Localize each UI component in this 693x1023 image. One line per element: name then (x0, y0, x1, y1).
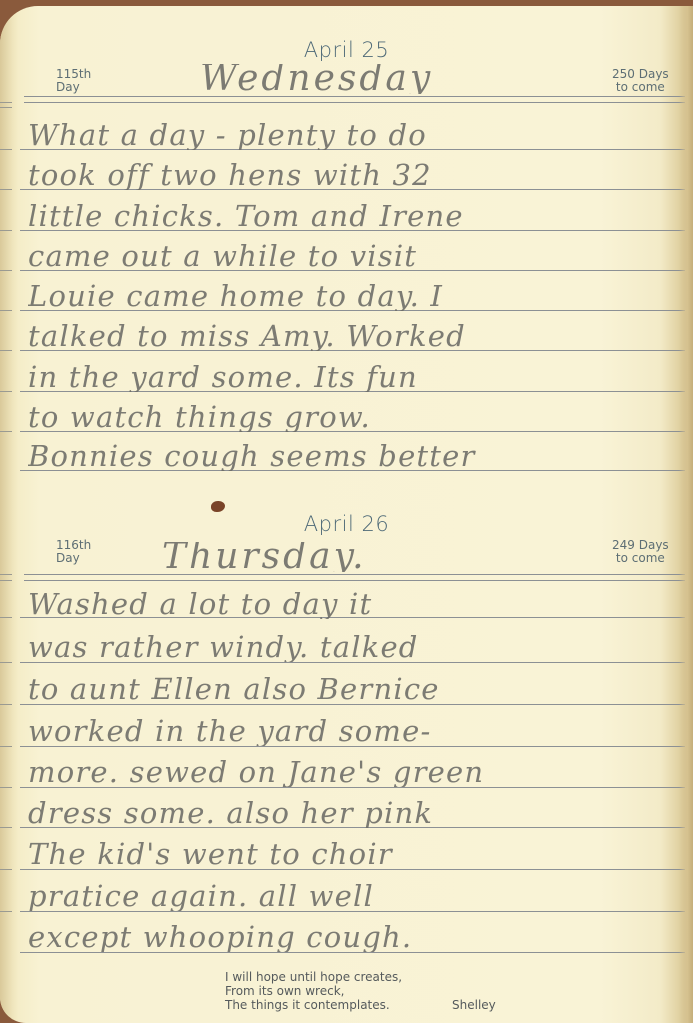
quote-line: I will hope until hope creates, (225, 970, 402, 984)
header-rule (24, 580, 685, 581)
margin-tick (0, 102, 12, 103)
margin-tick (0, 149, 12, 150)
ruled-line (20, 662, 685, 663)
handwritten-line: except whooping cough. (28, 922, 683, 952)
handwritten-line: pratice again. all well (28, 881, 683, 911)
handwritten-line: worked in the yard some- (28, 716, 683, 746)
header-rule (24, 96, 685, 97)
ruled-line (20, 704, 685, 705)
handwritten-line: Bonnies cough seems better (28, 441, 683, 471)
margin-tick (0, 827, 12, 828)
margin-tick (0, 230, 12, 231)
margin-tick (0, 431, 12, 432)
ruled-line (20, 952, 685, 953)
margin-tick (0, 270, 12, 271)
handwritten-line: was rather windy. talked (28, 632, 683, 662)
margin-tick (0, 574, 12, 575)
handwritten-line: came out a while to visit (28, 241, 683, 271)
margin-tick (0, 617, 12, 618)
day-of-year: 116th Day (56, 539, 91, 565)
margin-tick (0, 310, 12, 311)
margin-tick (0, 662, 12, 663)
handwritten-line: talked to miss Amy. Worked (28, 321, 683, 351)
margin-tick (0, 107, 12, 108)
handwritten-line: little chicks. Tom and Irene (28, 201, 683, 231)
header-rule (24, 102, 685, 103)
ink-stain (211, 501, 225, 512)
margin-tick (0, 391, 12, 392)
handwritten-weekday: Wednesday (200, 64, 683, 94)
day-label: Day (56, 552, 91, 565)
margin-tick (0, 580, 12, 581)
day-label: Day (56, 81, 91, 94)
handwritten-line: What a day - plenty to do (28, 120, 683, 150)
margin-tick (0, 350, 12, 351)
quote-line: The things it contemplates. (225, 998, 402, 1012)
handwritten-line: to aunt Ellen also Bernice (28, 674, 683, 704)
ruled-line (20, 787, 685, 788)
handwritten-line: Louie came home to day. I (28, 281, 683, 311)
handwritten-line: took off two hens with 32 (28, 160, 683, 190)
margin-tick (0, 189, 12, 190)
margin-tick (0, 869, 12, 870)
quote-line: From its own wreck, (225, 984, 402, 998)
handwritten-line: Washed a lot to day it (28, 589, 683, 619)
handwritten-weekday: Thursday. (162, 542, 683, 572)
handwritten-line: dress some. also her pink (28, 798, 683, 828)
ruled-line (20, 911, 685, 912)
margin-tick (0, 911, 12, 912)
margin-tick (0, 787, 12, 788)
quote-author: Shelley (452, 998, 496, 1012)
diary-page: April 25 115th Day 250 Days to come Wedn… (0, 6, 693, 1023)
margin-tick (0, 704, 12, 705)
entry-date: April 25 (0, 38, 693, 62)
day-of-year: 115th Day (56, 68, 91, 94)
footer-quote: I will hope until hope creates, From its… (225, 970, 402, 1012)
margin-tick (0, 746, 12, 747)
handwritten-line: more. sewed on Jane's green (28, 757, 683, 787)
entry-date: April 26 (0, 512, 693, 536)
handwritten-line: in the yard some. Its fun (28, 362, 683, 392)
handwritten-line: The kid's went to choir (28, 839, 683, 869)
handwritten-line: to watch things grow. (28, 402, 683, 432)
ruled-line (20, 746, 685, 747)
header-rule (24, 574, 685, 575)
ruled-line (20, 869, 685, 870)
